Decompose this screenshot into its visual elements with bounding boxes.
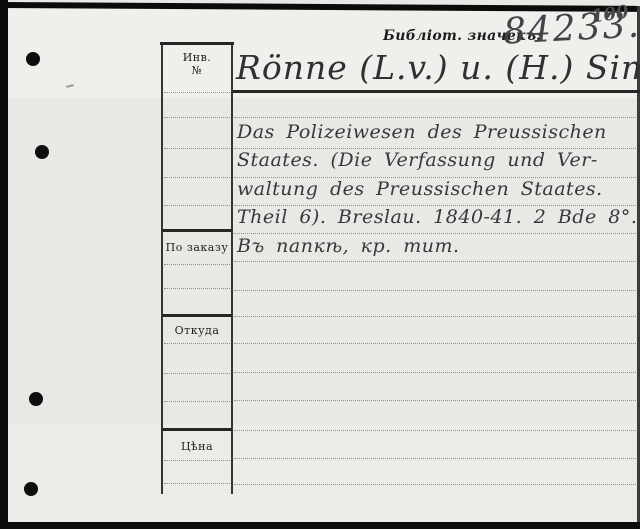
ruled-line <box>164 264 230 265</box>
label-price: Цѣна <box>163 440 231 453</box>
ruled-line <box>164 288 230 289</box>
hole-punch-dot <box>26 52 40 66</box>
ruled-line <box>164 460 230 461</box>
scan-edge-left <box>0 0 8 529</box>
label-origin: Откуда <box>163 324 231 337</box>
column-left-line <box>161 42 163 494</box>
ruled-line <box>164 92 230 93</box>
catalog-card-scan: Библіот. значекъ: 84233. 100 Инв. № По з… <box>0 0 640 529</box>
author-entry: Rönne (L.v.) u. (H.) Simon <box>236 48 640 87</box>
title-entry-line: waltung des Preussischen Staates. <box>237 178 637 206</box>
author-underline <box>233 90 640 93</box>
ruled-line <box>234 316 636 317</box>
ruled-line <box>164 148 230 149</box>
paper-bottom-band <box>0 423 640 522</box>
title-entry-line: Theil 6). Breslau. 1840-41. 2 Bde 8°. <box>237 206 637 234</box>
ruled-line <box>164 373 230 374</box>
ruled-line <box>234 372 636 373</box>
column-right-line <box>231 42 233 494</box>
ruled-line <box>234 484 636 485</box>
section-divider-line <box>162 314 232 317</box>
ruled-line <box>164 343 230 344</box>
ruled-line <box>164 117 230 118</box>
title-entry: Das Polizeiwesen des Preussischen Staate… <box>237 121 637 263</box>
ruled-line <box>164 177 230 178</box>
scan-edge-bottom <box>0 522 640 529</box>
ruled-line <box>234 117 636 118</box>
ruled-line <box>164 205 230 206</box>
label-by-order: По заказу <box>163 241 231 254</box>
label-inventory-line1: Инв. <box>163 51 231 64</box>
hole-punch-dot <box>35 145 49 159</box>
title-entry-line: Staates. (Die Verfassung und Ver- <box>237 149 637 177</box>
ruled-line <box>234 290 636 291</box>
column-top-line <box>160 42 234 45</box>
title-entry-line: Das Polizeiwesen des Preussischen <box>237 121 637 149</box>
ruled-line <box>234 343 636 344</box>
hole-punch-dot <box>24 482 38 496</box>
section-divider-line <box>162 229 232 232</box>
label-inventory-line2: № <box>163 64 231 77</box>
section-divider-line <box>162 428 232 431</box>
ruled-line <box>234 400 636 401</box>
hole-punch-dot <box>29 392 43 406</box>
ruled-line <box>234 458 636 459</box>
ruled-line <box>234 430 636 431</box>
ruled-line <box>164 483 230 484</box>
label-inventory-number: Инв. № <box>163 51 231 77</box>
binding-note-line: Въ папкѣ, кр. тит. <box>237 235 637 263</box>
ruled-line <box>164 401 230 402</box>
